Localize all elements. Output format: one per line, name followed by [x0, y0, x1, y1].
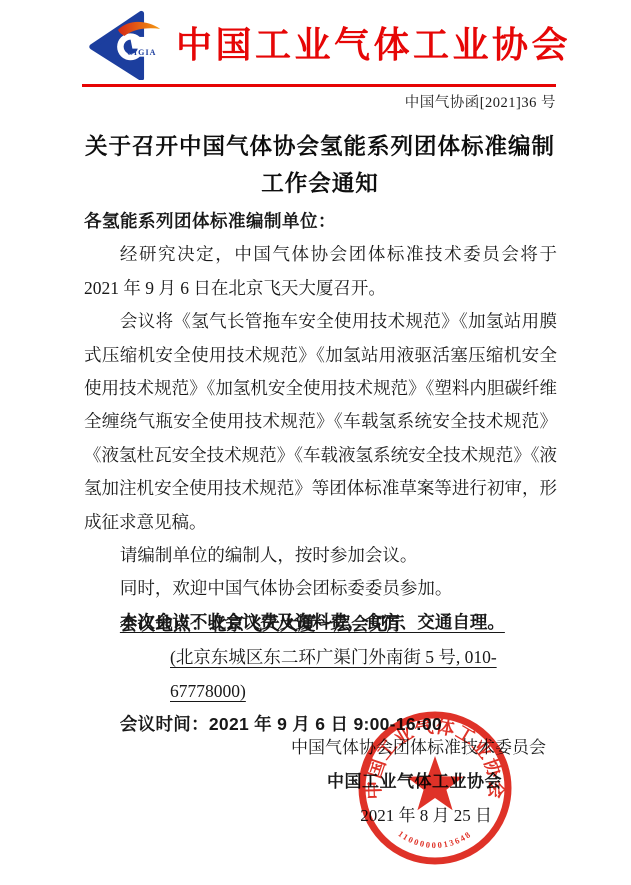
meeting-location-label: 会议地点：	[120, 614, 209, 634]
paragraph-2: 会议将《氢气长管拖车安全使用技术规范》《加氢站用膜式压缩机安全使用技术规范》《加…	[84, 305, 557, 539]
signature-date: 2021 年 8 月 25 日	[360, 799, 492, 833]
paragraph-1: 经研究决定，中国气体协会团体标准技术委员会将于 2021 年 9 月 6 日在北…	[84, 238, 557, 305]
signature-association: 中国工业气体工业协会	[327, 765, 502, 799]
salutation: 各氢能系列团体标准编制单位：	[84, 205, 557, 238]
letterhead-rule	[82, 84, 556, 87]
signature-committee: 中国气体协会团体标准技术委员会	[291, 731, 546, 765]
org-name: 中国工业气体工业协会	[176, 10, 571, 80]
meeting-address-note: (北京东城区东二环广渠门外南街 5 号, 010-67778000)	[170, 641, 557, 708]
signature-block: 中国气体协会团体标准技术委员会 中国工业气体工业协会 2021 年 8 月 25…	[84, 731, 556, 833]
paragraph-3: 请编制单位的编制人，按时参加会议。	[84, 539, 557, 572]
paragraph-4: 同时，欢迎中国气体协会团标委委员参加。	[84, 572, 557, 605]
cigia-logo-icon: CIGIA	[82, 10, 172, 80]
meeting-details: 会议地点：北京飞天大厦一层会见厅 (北京东城区东二环广渠门外南街 5 号, 01…	[84, 608, 557, 742]
doc-body: 各氢能系列团体标准编制单位： 经研究决定，中国气体协会团体标准技术委员会将于 2…	[84, 205, 557, 639]
doc-title-line1: 关于召开中国气体协会氢能系列团体标准编制	[84, 128, 556, 165]
meeting-location-line: 会议地点：北京飞天大厦一层会见厅	[84, 608, 557, 641]
document-page: CIGIA 中国工业气体工业协会 中国气协函[2021]36 号 关于召开中国气…	[0, 0, 631, 885]
meeting-location-value: 北京飞天大厦一层会见厅	[209, 614, 405, 634]
doc-title-line2: 工作会通知	[84, 165, 556, 202]
doc-number: 中国气协函[2021]36 号	[84, 91, 556, 112]
logo-text: CIGIA	[127, 48, 157, 57]
letterhead: CIGIA 中国工业气体工业协会	[82, 10, 558, 80]
doc-title: 关于召开中国气体协会氢能系列团体标准编制 工作会通知	[84, 128, 556, 202]
